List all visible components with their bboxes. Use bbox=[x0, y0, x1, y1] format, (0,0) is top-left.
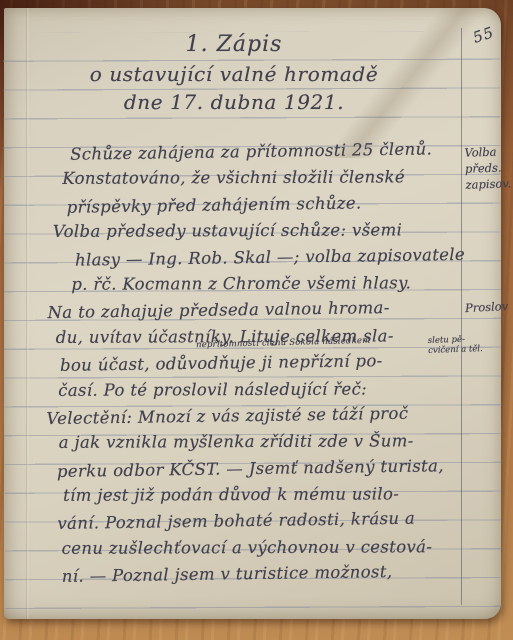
margin-note-line: zapisov. bbox=[465, 175, 511, 193]
manuscript-line: vání. Poznal jsem bohaté radosti, krásu … bbox=[47, 505, 467, 538]
manuscript-line: a jak vznikla myšlenka zříditi zde v Šum… bbox=[47, 428, 467, 456]
margin-note-line: Volba bbox=[464, 143, 510, 161]
heading-date: dne 17. dubna 1921. bbox=[4, 90, 464, 114]
margin-note-line: předs. bbox=[465, 159, 511, 177]
interlinear-insertion-overflow: sletu pě- cvičení a těl. bbox=[428, 334, 483, 356]
manuscript-line: ní. — Poznal jsem v turistice možnost, bbox=[48, 558, 468, 591]
margin-note-speech: Proslov bbox=[465, 299, 509, 315]
manuscript-body: Schůze zahájena za přítomnosti 25 členů.… bbox=[44, 137, 468, 589]
manuscript-line: Volba předsedy ustavující schůze: všemi bbox=[45, 217, 465, 245]
margin-note-election: Volba předs. zapisov. bbox=[464, 143, 511, 193]
interlinear-overflow-line: cvičení a těl. bbox=[428, 344, 483, 356]
manuscript-line: Na to zahajuje předseda valnou hroma- bbox=[45, 294, 465, 327]
manuscript-line: hlasy — Ing. Rob. Skal —; volba zapisova… bbox=[45, 241, 465, 274]
manuscript-line: časí. Po té proslovil následující řeč: bbox=[46, 376, 466, 404]
manuscript-line: perku odbor KČST. — Jsemť nadšený turist… bbox=[47, 453, 467, 486]
heading-subtitle: o ustavující valné hromadě bbox=[4, 62, 464, 86]
heading-title: 1. Zápis bbox=[4, 32, 464, 57]
notebook-page: 55 1. Zápis o ustavující valné hromadě d… bbox=[4, 8, 501, 619]
minutes-heading: 1. Zápis o ustavující valné hromadě dne … bbox=[4, 32, 464, 114]
manuscript-line: bou účast, odůvodňuje ji nepřízní po- bbox=[46, 347, 466, 380]
manuscript-line: Konstatováno, že všichni složili členské bbox=[44, 164, 464, 192]
